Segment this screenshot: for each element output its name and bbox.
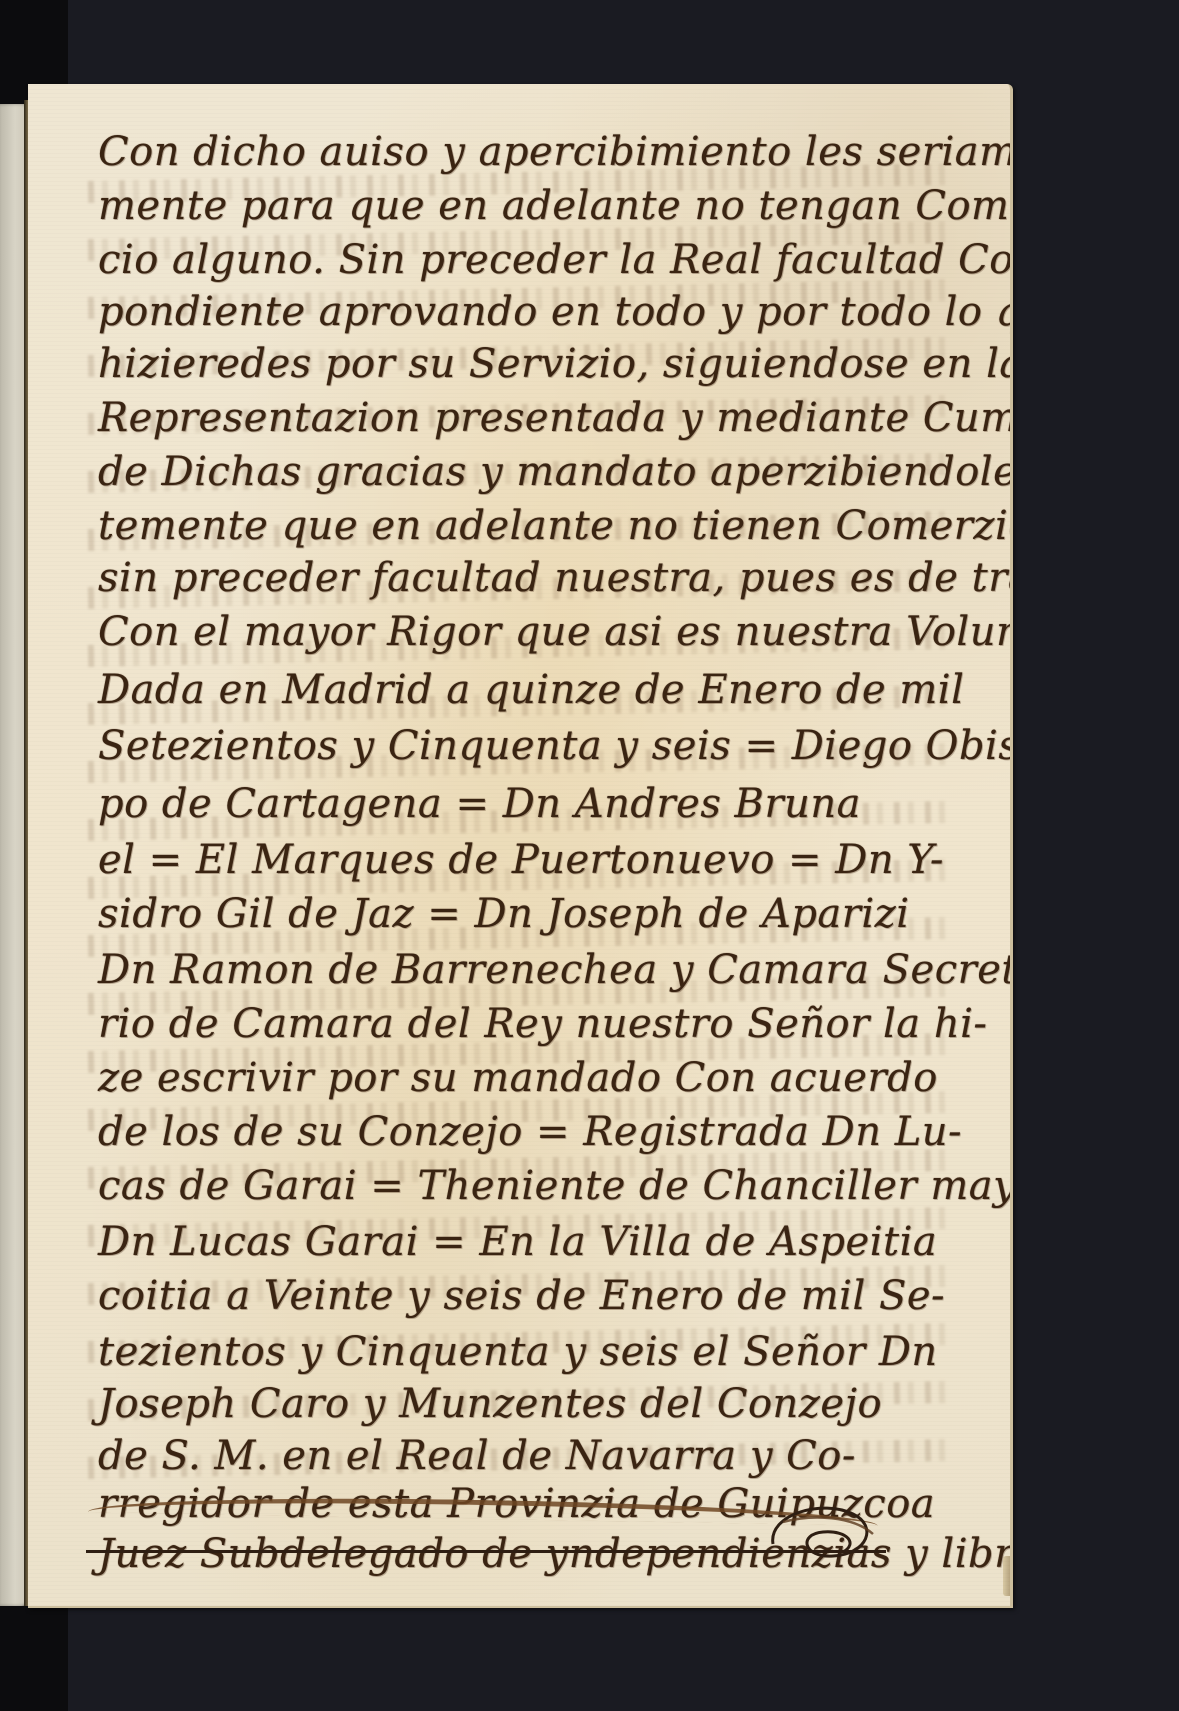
manuscript-page: Con dicho auiso y apercibimiento les ser… [28, 84, 1013, 1608]
text-line-12: Setezientos y Cinquenta y seis = Diego O… [98, 718, 1013, 774]
text-line-4: pondiente aprovando en todo y por todo l… [98, 284, 1013, 340]
text-line-18: ze escrivir por su mandado Con acuerdo [98, 1050, 938, 1106]
text-line-3: cio alguno. Sin preceder la Real faculta… [98, 232, 1013, 288]
page-corner-wear [1003, 1556, 1013, 1596]
text-line-24: Joseph Caro y Munzentes del Conzejo [98, 1376, 882, 1432]
text-line-2: mente para que en adelante no tengan Com… [98, 178, 1013, 234]
text-line-20: cas de Garai = Theniente de Chanciller m… [98, 1158, 1013, 1214]
text-line-13: po de Cartagena = Dn Andres Bruna [98, 776, 861, 832]
text-line-23: tezientos y Cinquenta y seis el Señor Dn [98, 1324, 938, 1380]
text-line-8: temente que en adelante no tienen Comerz… [98, 498, 1013, 554]
text-line-14: el = El Marques de Puertonuevo = Dn Y- [98, 832, 944, 888]
text-line-17: rio de Camara del Rey nuestro Señor la h… [98, 996, 987, 1052]
text-line-9: sin preceder facultad nuestra, pues es d… [98, 550, 1013, 606]
text-line-6: Representazion presentada y mediante Cum… [98, 390, 1013, 446]
text-line-7: de Dichas gracias y mandato aperzibiendo… [98, 444, 1013, 500]
text-line-16: Dn Ramon de Barrenechea y Camara Secreta… [98, 942, 1013, 998]
signature-rubric-icon [763, 1494, 883, 1564]
text-line-5: hizieredes por su Servizio, siguiendose … [98, 336, 1013, 392]
text-line-15: sidro Gil de Jaz = Dn Joseph de Aparizi [98, 886, 910, 942]
text-line-21: Dn Lucas Garai = En la Villa de Aspeitia [98, 1214, 937, 1270]
text-line-22: coitia a Veinte y seis de Enero de mil S… [98, 1268, 945, 1324]
text-line-11: Dada en Madrid a quinze de Enero de mil [98, 662, 964, 718]
text-line-1: Con dicho auiso y apercibimiento les ser… [98, 124, 1013, 180]
text-line-19: de los de su Conzejo = Registrada Dn Lu- [98, 1104, 962, 1160]
text-line-10: Con el mayor Rigor que asi es nuestra Vo… [98, 604, 1013, 660]
